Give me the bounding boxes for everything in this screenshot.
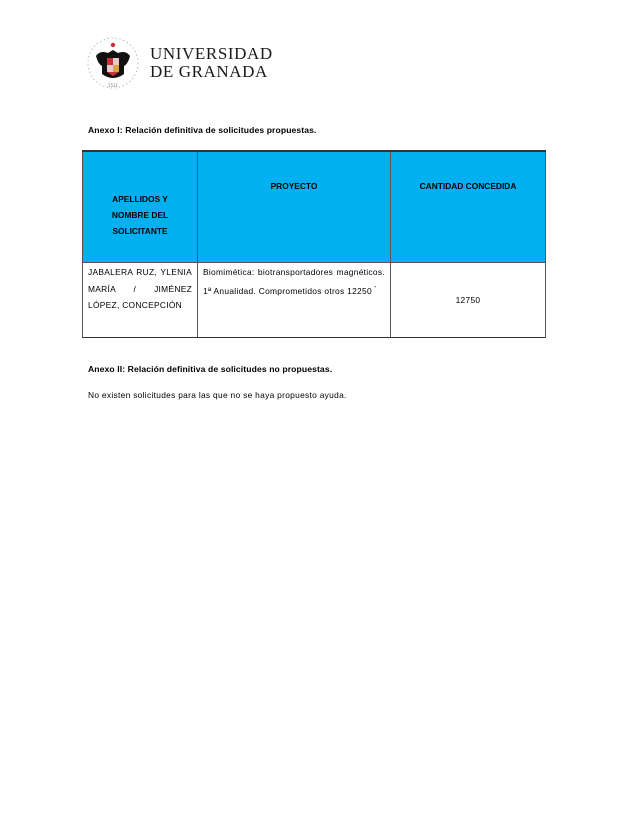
logo-line-2: DE GRANADA bbox=[150, 63, 273, 81]
svg-text:1531: 1531 bbox=[108, 83, 119, 88]
annex-1-title: Anexo I: Relación definitiva de solicitu… bbox=[88, 125, 317, 135]
proposed-applications-table: APELLIDOS Y NOMBRE DEL SOLICITANTE PROYE… bbox=[82, 150, 546, 338]
coat-of-arms-icon: 1531 bbox=[86, 36, 140, 90]
column-header-project: PROYECTO bbox=[198, 151, 391, 263]
column-header-amount: CANTIDAD CONCEDIDA bbox=[391, 151, 546, 263]
annex-2-title: Anexo II: Relación definitiva de solicit… bbox=[88, 364, 332, 374]
logo-line-1: UNIVERSIDAD bbox=[150, 45, 273, 63]
university-wordmark: UNIVERSIDAD DE GRANADA bbox=[150, 45, 273, 81]
cell-applicant: JABALERA RUZ, YLENIA MARÍA / JIMÉNEZ LÓP… bbox=[83, 263, 198, 338]
project-mark: " bbox=[375, 286, 377, 292]
university-logo: 1531 UNIVERSIDAD DE GRANADA bbox=[86, 36, 276, 90]
table-header-row: APELLIDOS Y NOMBRE DEL SOLICITANTE PROYE… bbox=[83, 151, 546, 263]
project-text: Biomimética: biotransportadores magnétic… bbox=[203, 267, 385, 295]
cell-amount: 12750 bbox=[391, 263, 546, 338]
table-row: JABALERA RUZ, YLENIA MARÍA / JIMÉNEZ LÓP… bbox=[83, 263, 546, 338]
annex-2-text: No existen solicitudes para las que no s… bbox=[88, 390, 347, 400]
cell-project: Biomimética: biotransportadores magnétic… bbox=[198, 263, 391, 338]
column-header-applicant: APELLIDOS Y NOMBRE DEL SOLICITANTE bbox=[83, 151, 198, 263]
